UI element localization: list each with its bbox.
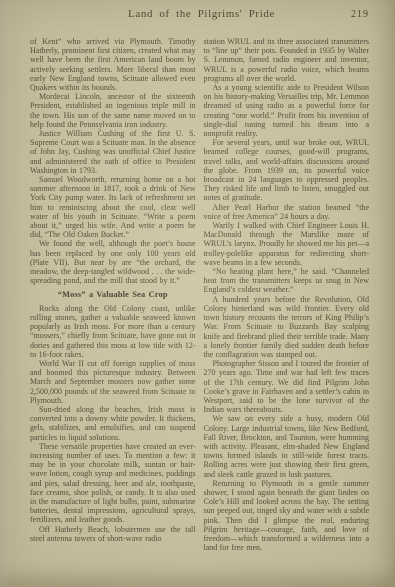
- page-title: Land of the Pilgrims' Pride: [52, 8, 351, 20]
- paragraph: These versatile properties have created …: [30, 442, 196, 525]
- book-page: Land of the Pilgrims' Pride 219 of Kent”…: [0, 0, 395, 587]
- paragraph: station WRUL and its three associated tr…: [204, 37, 370, 83]
- left-column: of Kent” who arrived via Plymouth. Timot…: [30, 37, 196, 577]
- running-head: Land of the Pilgrims' Pride 219: [52, 8, 369, 20]
- paragraph: A hundred years before the Revolution, O…: [204, 295, 370, 359]
- text-columns: of Kent” who arrived via Plymouth. Timot…: [30, 37, 369, 577]
- paragraph: of Kent” who arrived via Plymouth. Timot…: [30, 37, 196, 92]
- paragraph: World War II cut off foreign supplies of…: [30, 359, 196, 405]
- left-column-section-paragraphs: Rocks along the Old Colony coast, unlike…: [30, 304, 196, 543]
- paragraph: Off Hatherly Beach, lobstermen use the t…: [30, 525, 196, 543]
- paragraph: For several years, until war broke out, …: [204, 138, 370, 202]
- paragraph: We found the well, although the poet’s h…: [30, 239, 196, 285]
- right-column: station WRUL and its three associated tr…: [204, 37, 370, 577]
- paragraph: “No heating plant here,” he said. “Chann…: [204, 267, 370, 295]
- left-column-paragraphs: of Kent” who arrived via Plymouth. Timot…: [30, 37, 196, 285]
- paragraph: Rocks along the Old Colony coast, unlike…: [30, 304, 196, 359]
- paragraph: We saw on every side a busy, modern Old …: [204, 414, 370, 478]
- paragraph: Photographer Sisson and I toured the fro…: [204, 359, 370, 414]
- paragraph: As a young scientific aide to President …: [204, 83, 370, 138]
- paragraph: Samuel Woodworth, returning home on a ho…: [30, 175, 196, 239]
- paragraph: Sun-dried along the beaches, Irish moss …: [30, 405, 196, 442]
- paragraph: Warily I walked with Chief Engineer Loui…: [204, 221, 370, 267]
- paragraph: Returning to Plymouth in a gentle summer…: [204, 479, 370, 553]
- paragraph: Mordecai Lincoln, ancestor of the sixtee…: [30, 92, 196, 129]
- page-number: 219: [351, 9, 369, 20]
- paragraph: Justice William Cushing of the first U. …: [30, 129, 196, 175]
- paragraph: After Pearl Harbor the station beamed “t…: [204, 203, 370, 221]
- section-heading: “Moss” a Valuable Sea Crop: [30, 290, 196, 299]
